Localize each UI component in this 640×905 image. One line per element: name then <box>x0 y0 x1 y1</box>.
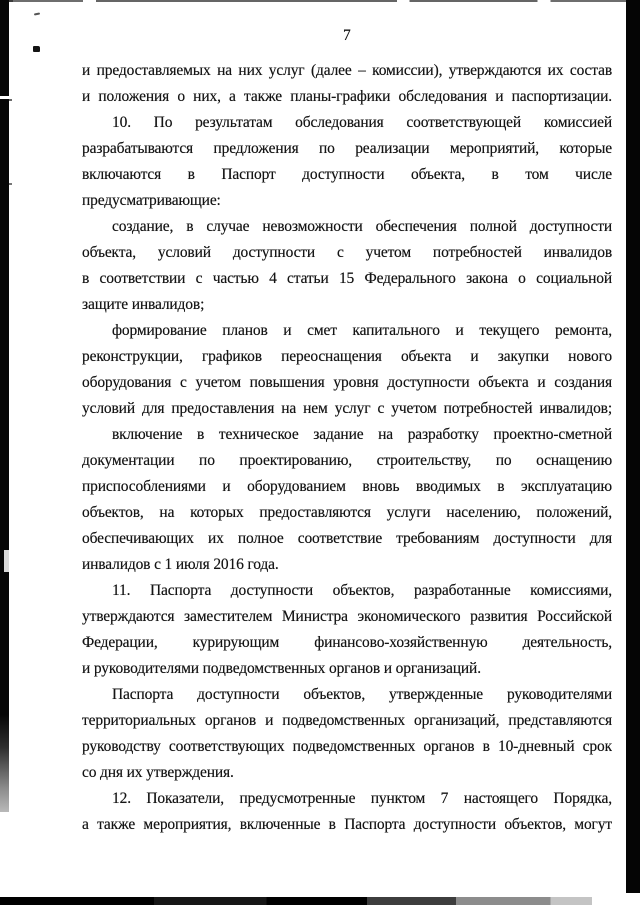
ink-speck-blob <box>33 46 40 52</box>
text-line: разрабатываются предложения по реализаци… <box>82 136 612 162</box>
paragraph: Паспорта доступности объектов, утвержден… <box>82 682 612 786</box>
text-line: 12. Показатели, предусмотренные пунктом … <box>82 786 612 812</box>
text-line: в соответствии с частью 4 статьи 15 Феде… <box>82 266 612 292</box>
scan-top-edge-line <box>0 0 640 2</box>
text-content: и предоставляемых на них услуг (далее – … <box>82 58 612 838</box>
paragraph: создание, в случае невозможности обеспеч… <box>82 214 612 318</box>
text-line: и предоставляемых на них услуг (далее – … <box>82 58 612 84</box>
text-line: включаются в Паспорт доступности объекта… <box>82 162 612 188</box>
paragraph: включение в техническое задание на разра… <box>82 422 612 578</box>
text-line: утверждаются заместителем Министра эконо… <box>82 604 612 630</box>
text-line: со дня их утверждения. <box>82 760 612 786</box>
scan-edge-tick <box>9 99 12 101</box>
text-line: приспособлениями и оборудованием вновь в… <box>82 474 612 500</box>
paragraph: 10. По результатам обследования соответс… <box>82 110 612 214</box>
text-line: создание, в случае невозможности обеспеч… <box>82 214 612 240</box>
scan-right-bar <box>626 0 640 893</box>
text-line: инвалидов с 1 июля 2016 года. <box>82 552 612 578</box>
document-page: 7 и предоставляемых на них услуг (далее … <box>0 0 640 905</box>
text-line: 10. По результатам обследования соответс… <box>82 110 612 136</box>
text-line: и положения о них, а также планы-графики… <box>82 84 612 110</box>
text-line: документации по проектированию, строител… <box>82 448 612 474</box>
paragraph: и предоставляемых на них услуг (далее – … <box>82 58 612 110</box>
text-line: формирование планов и смет капитального … <box>82 318 612 344</box>
text-line: Федерации, курирующим финансово-хозяйств… <box>82 630 612 656</box>
text-line: условий для предоставления на нем услуг … <box>82 396 612 422</box>
paragraph: 11. Паспорта доступности объектов, разра… <box>82 578 612 682</box>
text-line: оборудования с учетом повышения уровня д… <box>82 370 612 396</box>
text-line: руководству соответствующих подведомстве… <box>82 734 612 760</box>
scan-left-bar <box>0 0 9 812</box>
text-line: объектов, на которых предоставляются усл… <box>82 500 612 526</box>
paragraph: 12. Показатели, предусмотренные пунктом … <box>82 786 612 838</box>
text-line: Паспорта доступности объектов, утвержден… <box>82 682 612 708</box>
paragraph: формирование планов и смет капитального … <box>82 318 612 422</box>
text-line: предусматривающие: <box>82 188 612 214</box>
text-line: территориальных органов и подведомственн… <box>82 708 612 734</box>
text-line: включение в техническое задание на разра… <box>82 422 612 448</box>
text-line: 11. Паспорта доступности объектов, разра… <box>82 578 612 604</box>
scan-bottom-bar <box>0 897 592 905</box>
scan-left-bar-erosion <box>4 550 9 572</box>
ink-speck-dash <box>34 12 40 15</box>
text-line: реконструкции, графиков переоснащения об… <box>82 344 612 370</box>
text-line: объекта, условий доступности с учетом по… <box>82 240 612 266</box>
text-line: и руководителями подведомственных органо… <box>82 656 612 682</box>
scan-edge-tick <box>9 183 12 185</box>
text-line: защите инвалидов; <box>82 292 612 318</box>
text-line: а также мероприятия, включенные в Паспор… <box>82 812 612 838</box>
text-line: обеспечивающих их полное соответствие тр… <box>82 526 612 552</box>
page-number: 7 <box>82 26 612 46</box>
scan-left-bar-notch <box>0 96 9 99</box>
